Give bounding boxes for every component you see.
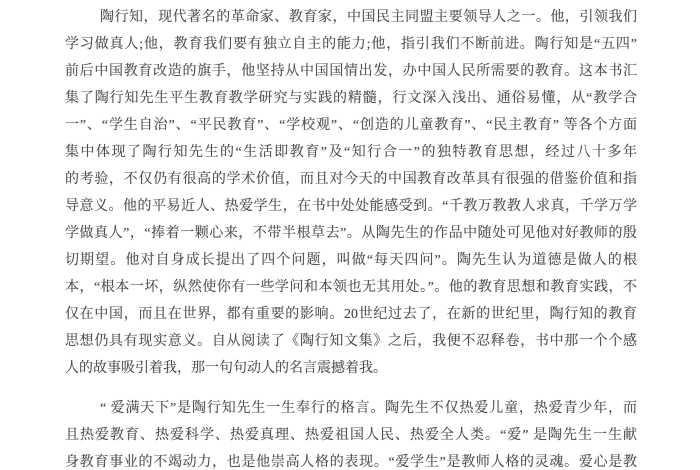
text-line: 且热爱教育、热爱科学、热爱真理、热爱祖国人民、热爱全人类。“爱” 是陶先生一生献: [65, 422, 637, 449]
text-line: 陶行知，现代著名的革命家、教育家，中国民主同盟主要领导人之一。他，引领我们: [65, 4, 637, 31]
text-line: 身教育事业的不竭动力，也是他崇高人格的表现。“爱学生”是教师人格的灵魂。爱心是教: [65, 449, 637, 470]
text-line: “ 爱满天下”是陶行知先生一生奉行的格言。陶先生不仅热爱儿童，热爱青少年，而: [65, 395, 637, 422]
text-line: 导意义。他的平易近人、热爱学生，在书中处处能感受到。“千教万教教人求真，千学万学: [65, 193, 637, 220]
text-line: 的考验，不仅仍有很高的学术价值，而且对今天的中国教育改革具有很强的借鉴价值和指: [65, 166, 637, 193]
text-line: 人的故事吸引着我，那一句句动人的名言震撼着我。: [65, 355, 637, 382]
text-line: 学习做真人;他，教育我们要有独立自主的能力;他，指引我们不断前进。陶行知是“五四…: [65, 31, 637, 58]
text-line: 集中体现了陶行知先生的“生活即教育”及“知行合一”的独特教育思想，经过八十多年: [65, 139, 637, 166]
document-page: 陶行知，现代著名的革命家、教育家，中国民主同盟主要领导人之一。他，引领我们学习做…: [0, 0, 700, 470]
text-line: 本，“根本一坏，纵然使你有一些学问和本领也无其用处。”。他的教育思想和教育实践，…: [65, 274, 637, 301]
text-line: 前后中国教育改造的旗手，他坚持从中国国情出发，办中国人民所需要的教育。这本书汇: [65, 58, 637, 85]
paragraph-love: “ 爱满天下”是陶行知先生一生奉行的格言。陶先生不仅热爱儿童，热爱青少年，而且热…: [65, 395, 637, 470]
text-line: 学做真人”，“捧着一颗心来，不带半根草去”。从陶先生的作品中随处可见他对好教师的…: [65, 220, 637, 247]
text-line: 一”、“学生自治”、“平民教育”、“学校观”、“创造的儿童教育”、“民主教育” …: [65, 112, 637, 139]
text-line: 集了陶行知先生平生教育教学研究与实践的精髓，行文深入浅出、通俗易懂，从“教学合: [65, 85, 637, 112]
paragraph-intro: 陶行知，现代著名的革命家、教育家，中国民主同盟主要领导人之一。他，引领我们学习做…: [65, 4, 637, 382]
text-line: 仅在中国，而且在世界，都有重要的影响。20世纪过去了，在新的世纪里，陶行知的教育: [65, 301, 637, 328]
text-line: 切期望。他对自身成长提出了四个问题，叫做“每天四问”。陶先生认为道德是做人的根: [65, 247, 637, 274]
text-line: 思想仍具有现实意义。自从阅读了《陶行知文集》之后，我便不忍释卷，书中那一个个感: [65, 328, 637, 355]
